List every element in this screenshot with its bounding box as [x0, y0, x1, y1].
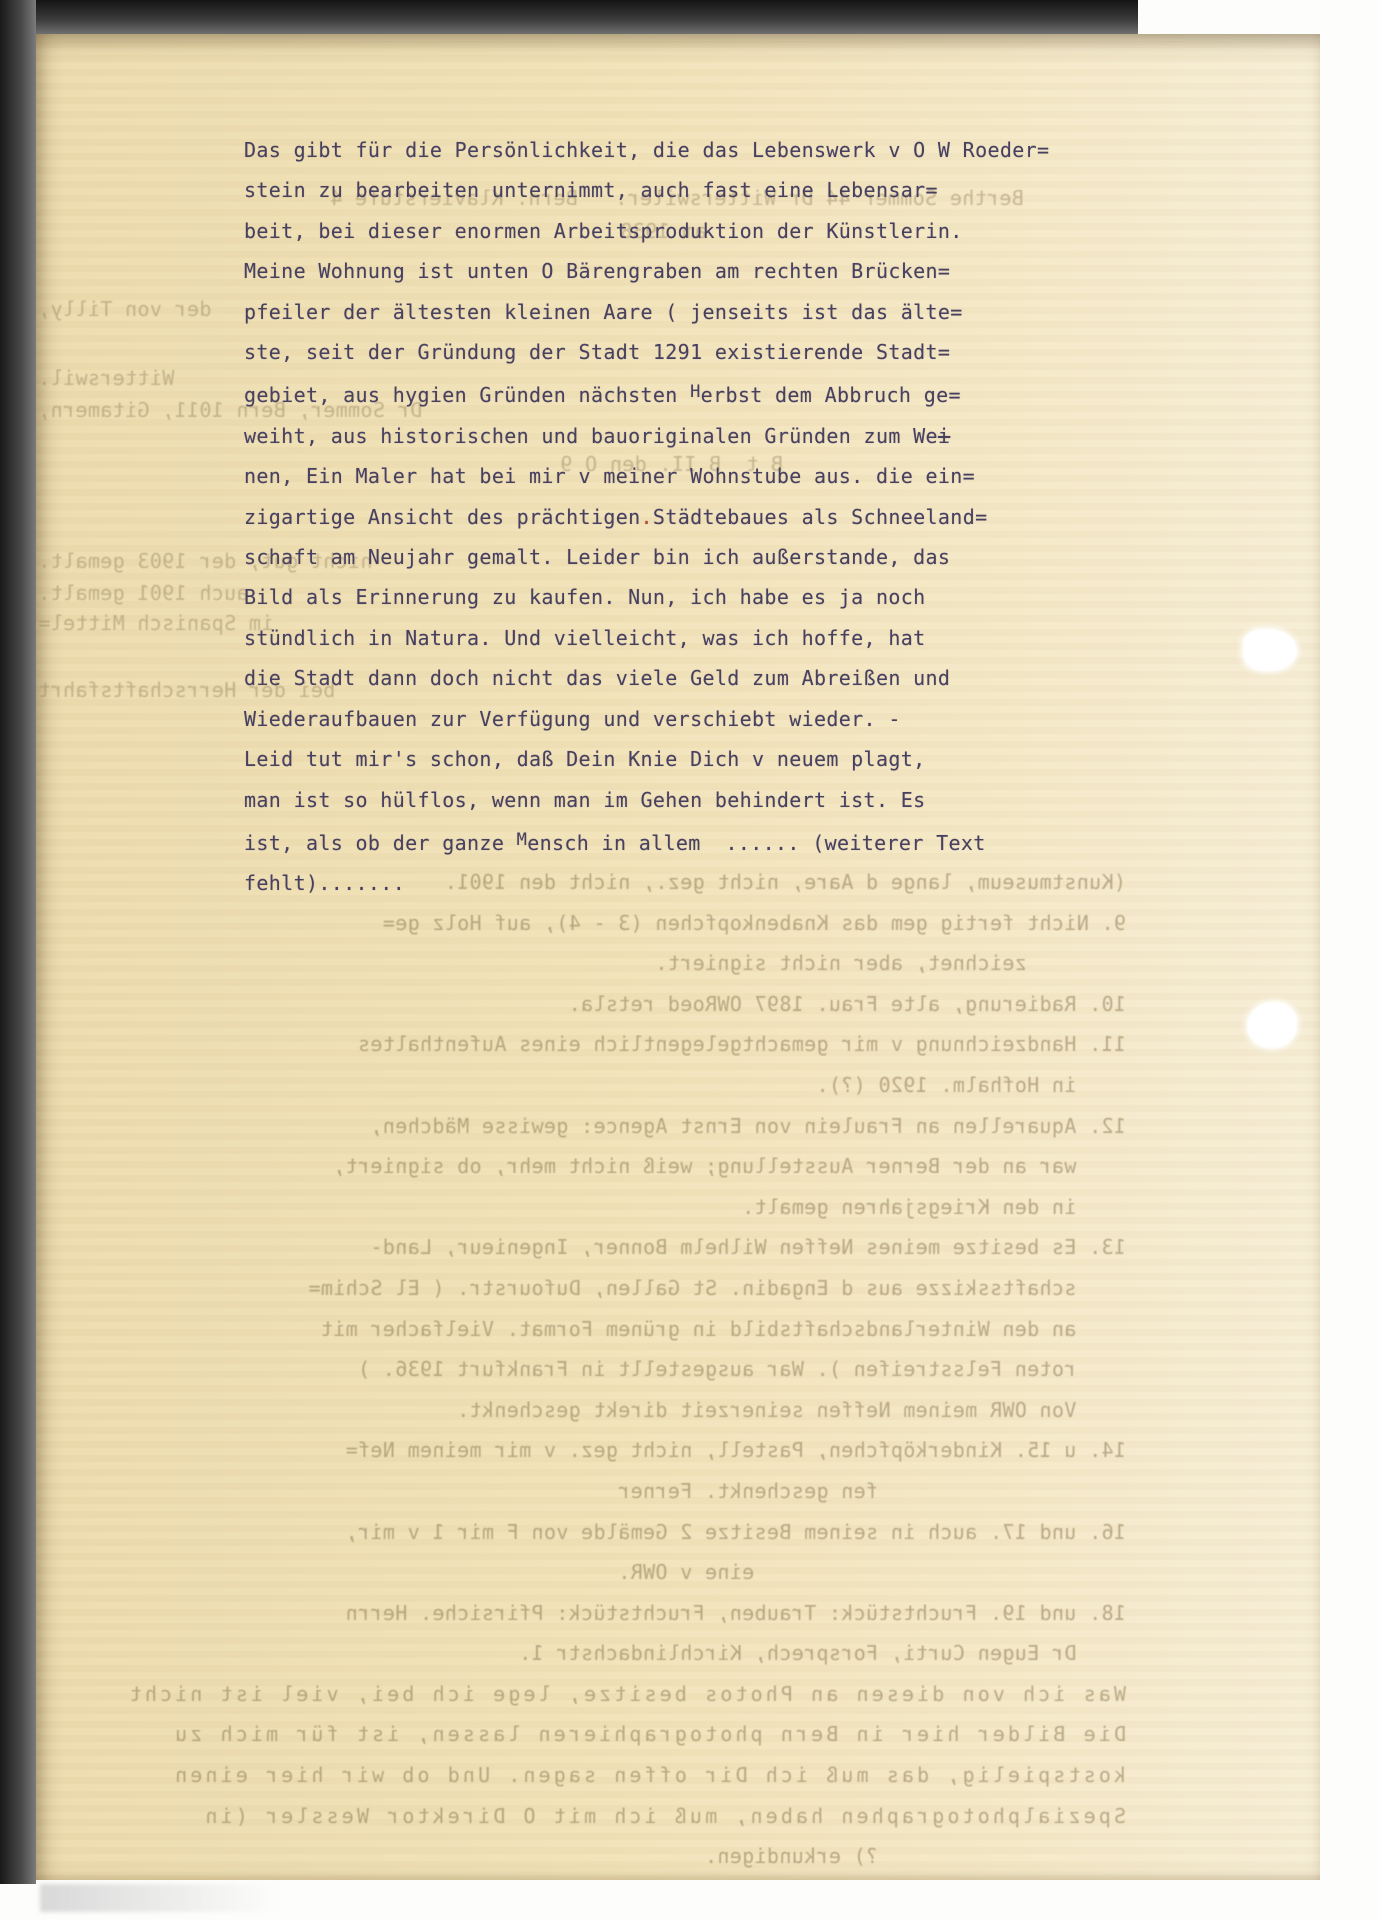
letter-text-line: stein zu bearbeiten unternimmt, auch fas… — [244, 170, 1049, 210]
text-run: erbst dem Abbruch ge= — [701, 383, 961, 407]
letter-text-line: gebiet, aus hygien Gründen nächsten Herb… — [244, 372, 1049, 415]
letter-text-line: die Stadt dann doch nicht das viele Geld… — [244, 658, 1049, 698]
ghost-line: Die Bilder hier in Bern photographieren … — [50, 1714, 1126, 1755]
letter-text-line: schaft am Neujahr gemalt. Leider bin ich… — [244, 537, 1049, 577]
ghost-line: 12. Aquarellen an Fraulein von Ernst Age… — [50, 1106, 1126, 1147]
ghost-line: Spezialphotographen haben, muß ich mit O… — [50, 1796, 1126, 1837]
ghost-line: in Hofhalm. 1920 (?). — [50, 1065, 1126, 1106]
ghost-line: 10. Radierung, alte Frau. 1897 OWRoed re… — [50, 984, 1126, 1025]
ghost-line: kostspielig, das muß ich Dir offen sagen… — [50, 1755, 1126, 1796]
letter-text-line: stündlich in Natura. Und vielleicht, was… — [244, 618, 1049, 658]
ghost-line: 13. Es besitze meines Neffen Wilhelm Bon… — [50, 1227, 1126, 1268]
text-run: i — [938, 424, 950, 448]
text-run: weiht, aus historischen und bauoriginale… — [244, 424, 938, 448]
paper-hole-lower — [1247, 1002, 1297, 1048]
ghost-line: in den Kriegsjahren gemalt. — [50, 1187, 1126, 1228]
ghost-line: Dr Eugen Curti, Forsprech, Kirchlindachs… — [50, 1633, 1126, 1674]
letter-text-line: Bild als Erinnerung zu kaufen. Nun, ich … — [244, 577, 1049, 617]
scanner-edge-left — [0, 0, 36, 1884]
ghost-line: Was ich von diesen an Photos besitze, le… — [50, 1674, 1126, 1715]
letter-text-line: ist, als ob der ganze Mensch in allem ..… — [244, 820, 1049, 863]
ghost-line: 14. u 15. Kinderköpfchen, Pastell, nicht… — [50, 1430, 1126, 1471]
ghost-line: an den Winterlandschaftsbild in grünem F… — [50, 1309, 1126, 1350]
letter-text-line: weiht, aus historischen und bauoriginale… — [244, 416, 1049, 456]
ghost-line: roten Felsstreifen ). War ausgestellt in… — [50, 1349, 1126, 1390]
letter-text-line: ste, seit der Gründung der Stadt 1291 ex… — [244, 332, 1049, 372]
bleedthrough-text-block: (Kunstmuseum, lange d Aare, nicht gez., … — [50, 862, 1126, 1877]
letter-text-line: beit, bei dieser enormen Arbeitsprodukti… — [244, 211, 1049, 251]
text-run: ensch in allem ...... (weiterer Text — [527, 831, 985, 855]
ghost-line: ?) erkundigen. — [50, 1836, 1126, 1877]
scan-smudge — [40, 1884, 280, 1912]
ghost-line: 11. Handzeichnung v mir gemachtgelegentl… — [50, 1024, 1126, 1065]
letter-text-line: Meine Wohnung ist unten O Bärengraben am… — [244, 251, 1049, 291]
ghost-line: 9. Nicht fertig gem das Knabenkopfchen (… — [50, 903, 1126, 944]
letter-text-line: Das gibt für die Persönlichkeit, die das… — [244, 130, 1049, 170]
letter-text-line: fehlt)....... — [244, 863, 1049, 903]
ghost-line: Von OWR meinem Neffen seinerzeit direkt … — [50, 1390, 1126, 1431]
ghost-line: eine v OWR. — [50, 1552, 1126, 1593]
ghost-line: 16. und 17. auch in seinem Besitze 2 Gem… — [50, 1512, 1126, 1553]
text-run: M — [517, 830, 528, 850]
text-run: Städtebaues als Schneeland= — [653, 505, 988, 529]
letter-body-text: Das gibt für die Persönlichkeit, die das… — [244, 130, 1049, 904]
text-run: gebiet, aus hygien Gründen nächsten — [244, 383, 690, 407]
text-run: . — [641, 505, 653, 529]
letter-text-line: Wiederaufbauen zur Verfügung und verschi… — [244, 699, 1049, 739]
ghost-line: 18. und 19. Fruchtstück: Trauben, Frucht… — [50, 1593, 1126, 1634]
ghost-line: schaftsskizze aus d Engadin. St Gallen, … — [50, 1268, 1126, 1309]
letter-text-line: pfeiler der ältesten kleinen Aare ( jens… — [244, 292, 1049, 332]
text-run: ist, als ob der ganze — [244, 831, 517, 855]
letter-text-line: man ist so hülflos, wenn man im Gehen be… — [244, 780, 1049, 820]
text-run: zigartige Ansicht des prächtigen — [244, 505, 641, 529]
letter-text-line: Leid tut mir's schon, daß Dein Knie Dich… — [244, 739, 1049, 779]
paper-hole-upper — [1243, 629, 1297, 671]
letter-text-line: nen, Ein Maler hat bei mir v meiner Wohn… — [244, 456, 1049, 496]
ghost-line: war an der Berner Ausstellung; weiß nich… — [50, 1146, 1126, 1187]
ghost-line: zeichnet, aber nicht signiert. — [50, 943, 1126, 984]
text-run: H — [690, 382, 701, 402]
ghost-line: fen geschenkt. Ferner — [50, 1471, 1126, 1512]
scanner-edge-top — [0, 0, 1138, 36]
letter-text-line: zigartige Ansicht des prächtigen.Städteb… — [244, 497, 1049, 537]
